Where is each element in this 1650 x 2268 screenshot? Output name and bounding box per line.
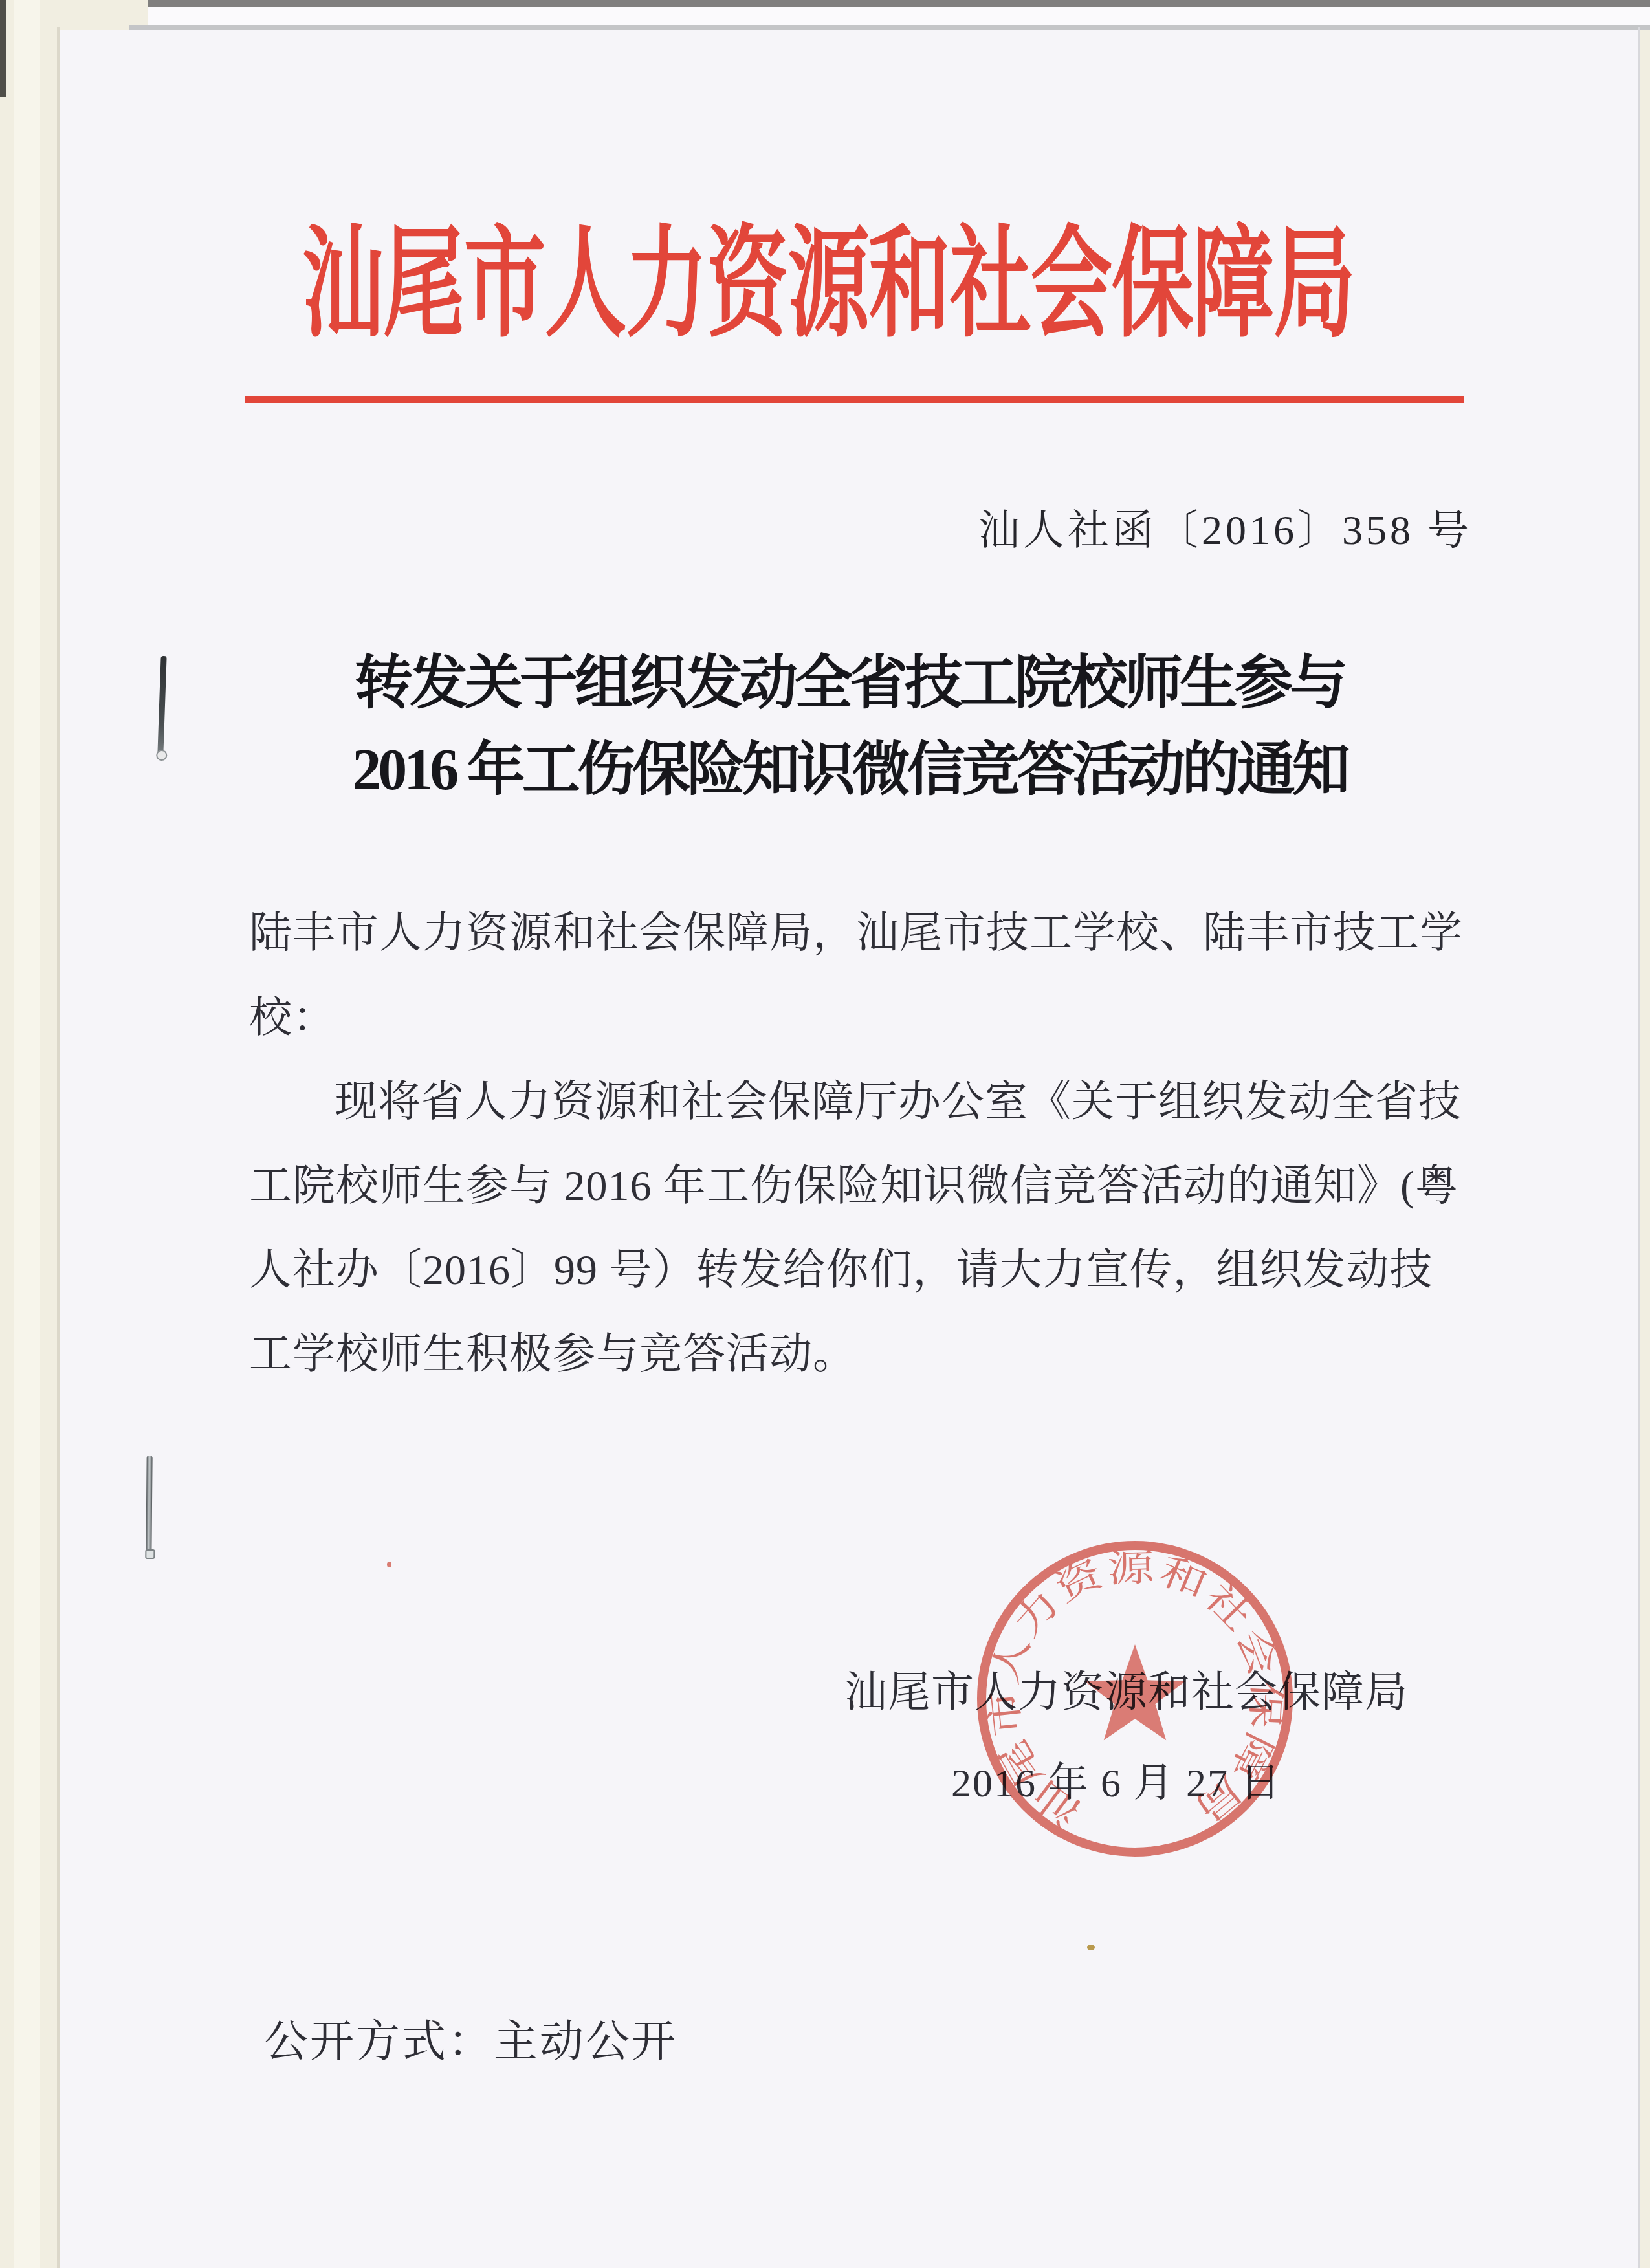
- letterhead-rule: [245, 396, 1464, 403]
- paper-right-edge: [1638, 27, 1640, 2268]
- scan-top-edge: [148, 0, 1650, 7]
- body-line: 人社办〔2016〕99 号）转发给你们，请大力宣传，组织发动技: [249, 1249, 1459, 1292]
- paper-top-shadow: [129, 25, 1650, 30]
- paper-sheet: [60, 30, 1638, 2268]
- body-line: 工学校师生积极参与竞答活动。: [249, 1333, 1459, 1376]
- scanner-edge-shadow: [0, 0, 6, 97]
- seal-star-icon: [1084, 1644, 1185, 1740]
- notice-title-line-1: 转发关于组织发动全省技工院校师生参与: [57, 655, 1642, 713]
- staple-mark-bottom: [146, 1456, 152, 1554]
- notice-title-line-2: 2016 年工伤保险知识微信竞答活动的通知: [57, 741, 1642, 800]
- scan-speck: [387, 1562, 391, 1567]
- letterhead-org-name: 汕尾市人力资源和社会保障局: [302, 225, 1355, 345]
- official-seal: 汕尾市人力资源和社会保障局: [976, 1528, 1294, 1870]
- disclosure-line: 公开方式：主动公开: [264, 2007, 677, 2069]
- paper-left-edge: [57, 27, 60, 2268]
- body-line: 校：: [249, 997, 1459, 1040]
- scan-speck: [1087, 1945, 1095, 1950]
- body-line: 陆丰市人力资源和社会保障局，汕尾市技工学校、陆丰市技工学: [249, 912, 1459, 955]
- doc-number: 汕人社函〔2016〕358 号: [978, 497, 1472, 556]
- letterhead-title: 汕尾市人力资源和社会保障局: [0, 225, 1650, 345]
- body-line: 现将省人力资源和社会保障厅办公室《关于组织发动全省技: [249, 1081, 1545, 1124]
- body-line: 工院校师生参与 2016 年工伤保险知识微信竞答活动的通知》(粤: [249, 1165, 1459, 1208]
- scan-top-gap: [148, 7, 1650, 25]
- scanned-document: 汕尾市人力资源和社会保障局 汕人社函〔2016〕358 号 转发关于组织发动全省…: [0, 0, 1650, 2268]
